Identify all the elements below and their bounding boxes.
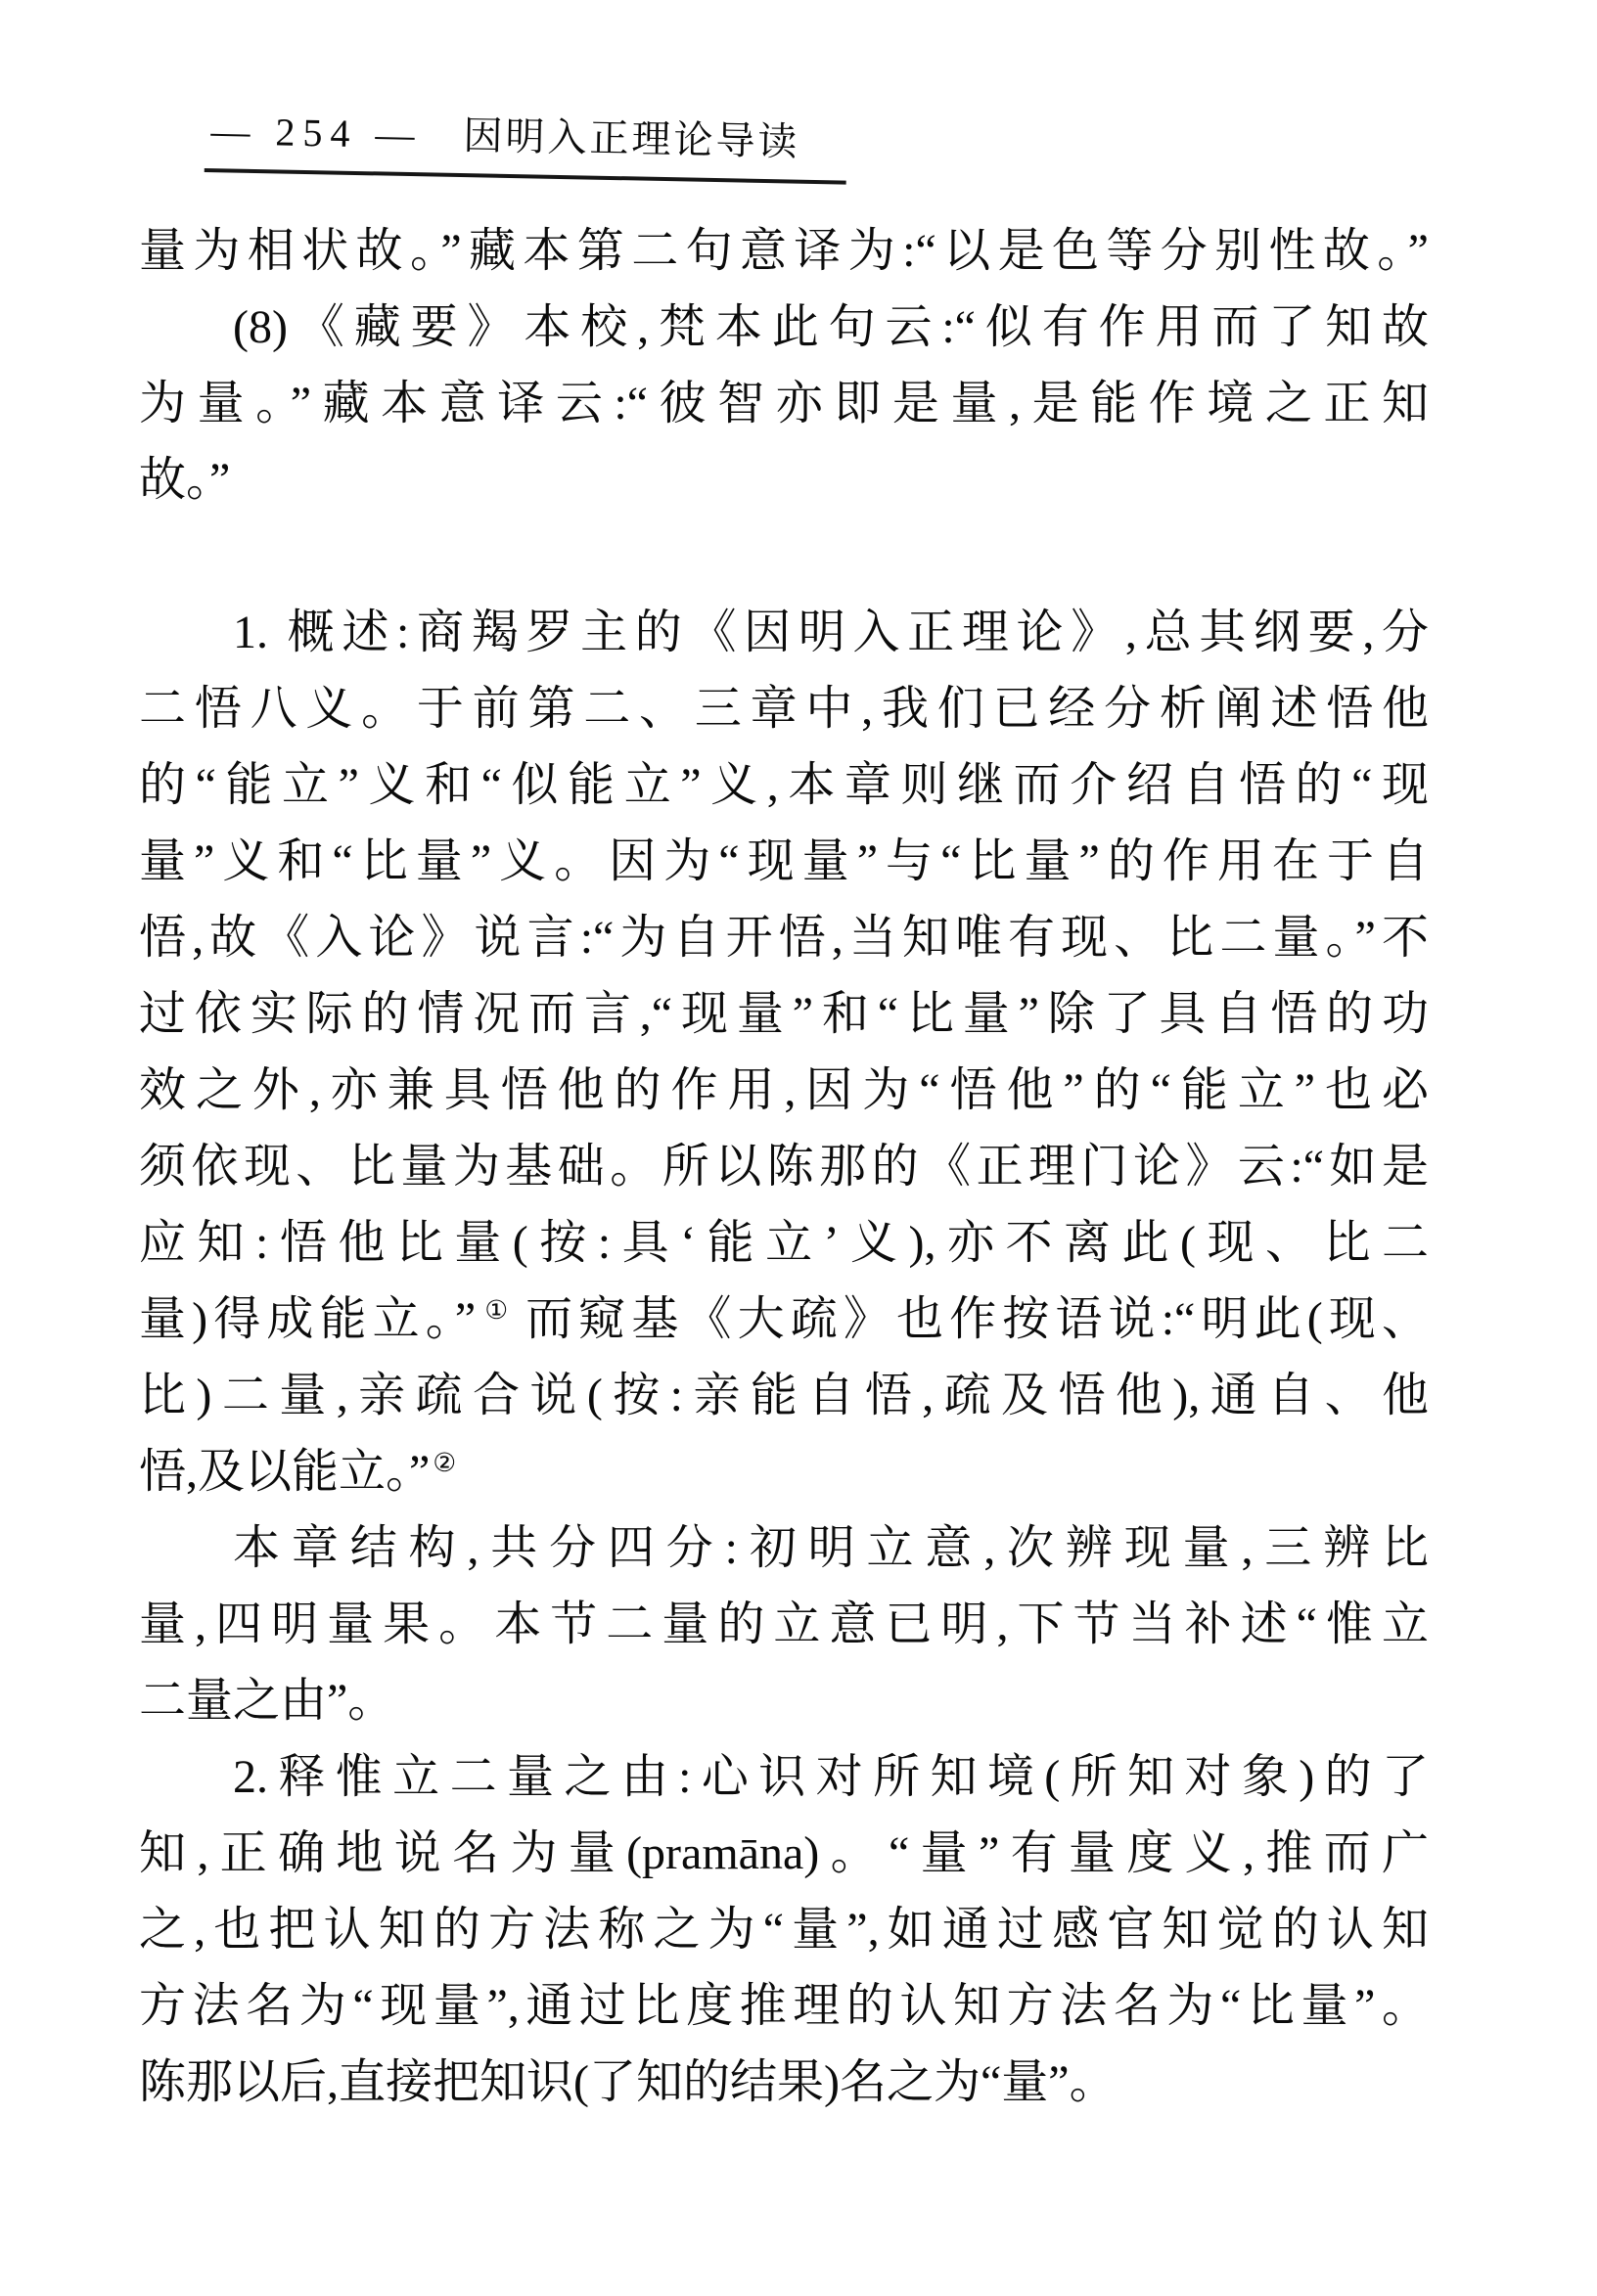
text-line: 过依实际的情况而言,“现量”和“比量”除了具自悟的功 bbox=[139, 976, 1429, 1053]
text-line: 量为相状故。”藏本第二句意译为:“以是色等分别性故。” bbox=[139, 213, 1429, 290]
book-title: 因明入正理论导读 bbox=[463, 113, 800, 166]
text-line: 2.释惟立二量之由:心识对所知境(所知对象)的了 bbox=[139, 1739, 1429, 1816]
text-line: 须依现、比量为基础。所以陈那的《正理门论》云:“如是 bbox=[139, 1129, 1429, 1205]
text-line: 量)得成能立。”①而窥基《大疏》也作按语说:“明此(现、 bbox=[139, 1282, 1429, 1358]
text-line: 的“能立”义和“似能立”义,本章则继而介绍自悟的“现 bbox=[139, 747, 1429, 824]
text-line: 为量。”藏本意译云:“彼智亦即是量,是能作境之正知 bbox=[139, 366, 1429, 442]
text-line: 比)二量,亲疏合说(按:亲能自悟,疏及悟他),通自、他 bbox=[139, 1358, 1429, 1434]
text-segment: 而窥基《大疏》也作按语说:“明此(现、 bbox=[525, 1293, 1429, 1345]
text-line: 方法名为“现量”,通过比度推理的认知方法名为“比量”。 bbox=[139, 1968, 1429, 2045]
book-page: — 254 — 因明入正理论导读 量为相状故。”藏本第二句意译为:“以是色等分别… bbox=[0, 0, 1597, 2296]
text-segment: 量)得成能立。” bbox=[139, 1293, 476, 1345]
text-line: 量”义和“比量”义。因为“现量”与“比量”的作用在于自 bbox=[139, 824, 1429, 900]
page-number: — 254 — bbox=[210, 108, 423, 158]
text-line: 悟,故《入论》说言:“为自开悟,当知唯有现、比二量。”不 bbox=[139, 900, 1429, 976]
body-text: 量为相状故。”藏本第二句意译为:“以是色等分别性故。” (8)《藏要》本校,梵本… bbox=[139, 213, 1429, 2121]
text-segment: 悟,及以能立。” bbox=[139, 1446, 430, 1498]
text-line: 应知:悟他比量(按:具‘能立’义),亦不离此(现、比二 bbox=[139, 1205, 1429, 1282]
footnote-ref-2: ② bbox=[433, 1448, 456, 1477]
text-line: 1. 概述:商羯罗主的《因明入正理论》,总其纲要,分 bbox=[139, 595, 1429, 671]
text-line: 陈那以后,直接把知识(了知的结果)名之为“量”。 bbox=[139, 2045, 1429, 2121]
text-line: 之,也把认知的方法称之为“量”,如通过感官知觉的认知 bbox=[139, 1892, 1429, 1968]
text-line: 故。” bbox=[139, 442, 1429, 518]
footnote-ref-1: ① bbox=[479, 1295, 514, 1325]
text-line: 量,四明量果。本节二量的立意已明,下节当补述“惟立 bbox=[139, 1587, 1429, 1663]
text-line: 悟,及以能立。”② bbox=[139, 1434, 1429, 1510]
text-line: (8)《藏要》本校,梵本此句云:“似有作用而了知故 bbox=[139, 290, 1429, 366]
text-line: 效之外,亦兼具悟他的作用,因为“悟他”的“能立”也必 bbox=[139, 1053, 1429, 1129]
text-line: 二悟八义。于前第二、三章中,我们已经分析阐述悟他 bbox=[139, 671, 1429, 747]
text-line: 本章结构,共分四分:初明立意,次辨现量,三辨比 bbox=[139, 1510, 1429, 1587]
text-line: 二量之由”。 bbox=[139, 1663, 1429, 1739]
running-head: — 254 — 因明入正理论导读 bbox=[205, 108, 847, 185]
text-line: 知,正确地说名为量(pramāna)。“量”有量度义,推而广 bbox=[139, 1816, 1429, 1892]
